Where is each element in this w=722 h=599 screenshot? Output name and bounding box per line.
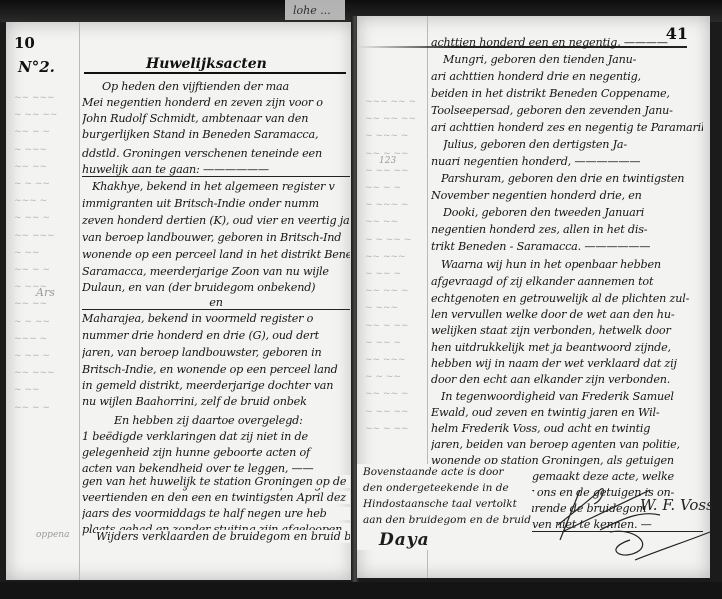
peek-text: lohe ... <box>293 4 331 17</box>
text-line: Wijders verklaarden de bruidegom en brui… <box>96 530 350 543</box>
text-line: Dooki, geboren den tweeden Januari <box>443 206 703 219</box>
text-line: Mungri, geboren den tienden Janu- <box>443 53 703 66</box>
text-line: helm Frederik Voss, oud acht en twintig <box>431 422 703 435</box>
translation-note-line: Bovenstaande acte is door <box>363 464 532 480</box>
text-line: trikt Beneden - Saramacca. —————— <box>431 240 703 253</box>
text-line: hen uitdrukkelijk met ja beantwoord zijn… <box>431 341 703 354</box>
translation-note-line: den ondergeteekende in de <box>363 480 532 496</box>
text-line: ari achttien honderd zes en negentig te … <box>431 121 703 134</box>
previous-page-edge: lohe ... <box>285 0 345 20</box>
text-line: door den echt aan elkander zijn verbonde… <box>431 373 703 386</box>
text-line: afgevraagd of zij elkander aannemen tot <box>431 275 703 288</box>
text-line: ari achttien honderd drie en negentig, <box>431 70 703 83</box>
faded-bleedthrough-margin: ~~~ ~~ ~~~ ~~ ~~~ ~~~ ~~~ ~ ~~~ ~~ ~~~~ … <box>365 94 423 454</box>
text-line: Toolseepersad, geboren den zevenden Janu… <box>431 104 703 117</box>
signature-translator: Daya <box>357 530 532 550</box>
text-line: len vervullen welke door de wet aan den … <box>431 308 703 321</box>
text-line: achttien honderd een en negentig, ———— <box>431 36 703 49</box>
text-line: hebben wij in naam der wet verklaard dat… <box>431 357 703 370</box>
text-line: jaren, beiden van beroep agenten van pol… <box>431 438 703 451</box>
text-line: beiden in het distrikt Beneden Coppename… <box>431 87 703 100</box>
text-line: nuari negentien honderd, —————— <box>431 155 703 168</box>
text-line: welijken staat zijn verbonden, hetwelk d… <box>431 324 703 337</box>
text-line: negentien honderd zes, allen in het dis- <box>431 223 703 236</box>
left-page-footer-block: Wijders verklaarden de bruidegom en brui… <box>6 22 353 580</box>
translation-note-line: aan den bruidegom en de bruid <box>363 512 532 528</box>
signatures-flourish: W. F. Voss <box>540 470 720 570</box>
text-line: In tegenwoordigheid van Frederik Samuel <box>441 390 703 403</box>
text-line: November negentien honderd drie, en <box>431 189 703 202</box>
text-line: Ewald, oud zeven en twintig jaren en Wil… <box>431 406 703 419</box>
text-line: Julius, geboren den dertigsten Ja- <box>443 138 703 151</box>
text-line: Parshuram, geboren den drie en twintigst… <box>441 172 703 185</box>
margin-number: 123 <box>379 156 396 166</box>
text-line: Waarna wij hun in het openbaar hebben <box>441 258 703 271</box>
text-line: echtgenoten en getrouwelijk al de plicht… <box>431 292 703 305</box>
translation-note-line: Hindostaansche taal vertolkt <box>363 496 532 512</box>
translation-note: Bovenstaande acte is door den ondergetee… <box>357 464 532 550</box>
scan-bottom-edge <box>0 582 722 599</box>
signature-witness: W. F. Voss <box>640 496 714 514</box>
